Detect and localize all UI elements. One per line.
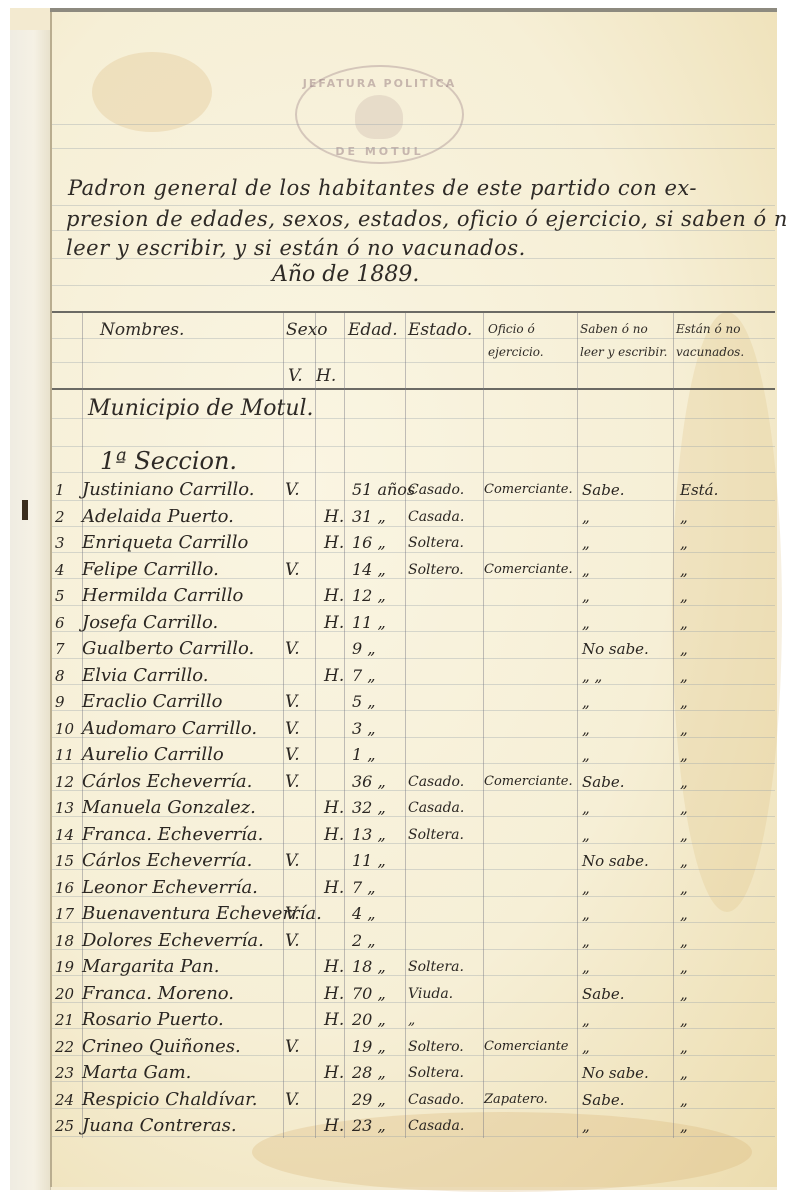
row-number: 19	[55, 954, 74, 980]
table-row: 18Dolores Echeverría.V.2 „„„	[52, 928, 775, 954]
row-number: 22	[55, 1034, 74, 1060]
table-row: 14Franca. Echeverría.H.13 „Soltera.„„	[52, 822, 775, 848]
literacy-status: „	[582, 822, 590, 848]
vaccination-status: „	[680, 901, 688, 927]
ruled-line	[52, 148, 775, 149]
occupation: Comerciante.	[484, 557, 573, 583]
vaccination-status: „	[680, 742, 688, 768]
row-number: 3	[55, 530, 65, 556]
occupation: Comerciante	[484, 1034, 569, 1060]
row-number: 5	[55, 583, 65, 609]
table-row: 6Josefa Carrillo.H.11 „„„	[52, 610, 775, 636]
literacy-status: „	[582, 610, 590, 636]
table-row: 3Enriqueta CarrilloH.16 „Soltera.„„	[52, 530, 775, 556]
age-value: 16 „	[352, 530, 386, 556]
resident-name: Elvia Carrillo.	[82, 663, 209, 689]
literacy-status: No sabe.	[582, 1060, 649, 1086]
resident-name: Franca. Echeverría.	[82, 822, 263, 848]
vaccination-status: Está.	[680, 477, 718, 503]
row-number: 20	[55, 981, 74, 1007]
resident-name: Cárlos Echeverría.	[82, 769, 252, 795]
vaccination-status: „	[680, 663, 688, 689]
vaccination-status: „	[680, 769, 688, 795]
age-value: 31 „	[352, 504, 386, 530]
row-number: 9	[55, 689, 65, 715]
header-oficio-line1: Oficio ó	[488, 322, 535, 336]
sex-varon-mark: V.	[285, 689, 300, 715]
table-row: 2Adelaida Puerto.H.31 „Casada.„„	[52, 504, 775, 530]
sex-hembra-mark: H.	[324, 530, 344, 556]
sex-hembra-mark: H.	[324, 981, 344, 1007]
row-number: 15	[55, 848, 74, 874]
row-number: 25	[55, 1113, 74, 1139]
vaccination-status: „	[680, 636, 688, 662]
sex-varon-mark: V.	[285, 769, 300, 795]
vaccination-status: „	[680, 1034, 688, 1060]
literacy-status: Sabe.	[582, 769, 624, 795]
sex-hembra-mark: H.	[324, 795, 344, 821]
paper-stain	[92, 52, 212, 132]
row-number: 1	[55, 477, 65, 503]
row-number: 8	[55, 663, 65, 689]
table-row: 16Leonor Echeverría.H.7 „„„	[52, 875, 775, 901]
header-saben-line1: Saben ó no	[580, 322, 648, 336]
literacy-status: „	[582, 504, 590, 530]
table-row: 13Manuela Gonzalez.H.32 „Casada.„„	[52, 795, 775, 821]
literacy-status: „	[582, 557, 590, 583]
resident-name: Cárlos Echeverría.	[82, 848, 252, 874]
row-number: 13	[55, 795, 74, 821]
age-value: 4 „	[352, 901, 376, 927]
sex-hembra-mark: H.	[324, 583, 344, 609]
civil-status: Soltero.	[408, 557, 464, 583]
resident-name: Dolores Echeverría.	[82, 928, 264, 954]
vaccination-status: „	[680, 928, 688, 954]
vaccination-status: „	[680, 716, 688, 742]
civil-status: Viuda.	[408, 981, 453, 1007]
age-value: 18 „	[352, 954, 386, 980]
sex-hembra-mark: H.	[324, 663, 344, 689]
table-row: 7Gualberto Carrillo.V.9 „No sabe.„	[52, 636, 775, 662]
sex-varon-mark: V.	[285, 928, 300, 954]
age-value: 29 „	[352, 1087, 386, 1113]
literacy-status: „	[582, 875, 590, 901]
stamp-top-text: JEFATURA POLITICA	[297, 77, 462, 90]
age-value: 28 „	[352, 1060, 386, 1086]
civil-status: Casada.	[408, 504, 464, 530]
occupation: Comerciante.	[484, 477, 573, 503]
literacy-status: Sabe.	[582, 981, 624, 1007]
table-row: 4Felipe Carrillo.V.14 „Soltero.Comercian…	[52, 557, 775, 583]
row-number: 10	[55, 716, 74, 742]
title-line-2: presion de edades, sexos, estados, ofici…	[66, 207, 787, 231]
header-sexo-varon: V.	[288, 366, 303, 386]
vaccination-status: „	[680, 822, 688, 848]
resident-name: Felipe Carrillo.	[82, 557, 219, 583]
mexican-eagle-emblem-icon	[355, 95, 403, 139]
resident-name: Hermilda Carrillo	[82, 583, 243, 609]
age-value: 20 „	[352, 1007, 386, 1033]
municipio-label: Municipio de Motul.	[88, 396, 314, 421]
table-row: 19Margarita Pan.H.18 „Soltera.„„	[52, 954, 775, 980]
literacy-status: „	[582, 1007, 590, 1033]
literacy-status: „	[582, 1113, 590, 1139]
civil-status: Soltera.	[408, 954, 464, 980]
civil-status: Casado.	[408, 769, 464, 795]
sex-varon-mark: V.	[285, 848, 300, 874]
table-row: 9Eraclio CarrilloV.5 „„„	[52, 689, 775, 715]
table-row: 25Juana Contreras.H.23 „Casada.„„	[52, 1113, 775, 1139]
age-value: 51 años	[352, 477, 415, 503]
resident-name: Manuela Gonzalez.	[82, 795, 256, 821]
binding-tab	[22, 500, 28, 520]
age-value: 7 „	[352, 875, 376, 901]
table-row: 17Buenaventura Echeverría.V.4 „„„	[52, 901, 775, 927]
vaccination-status: „	[680, 1007, 688, 1033]
row-number: 12	[55, 769, 74, 795]
civil-status: Soltera.	[408, 822, 464, 848]
literacy-status: „	[582, 901, 590, 927]
literacy-status: „	[582, 954, 590, 980]
table-row: 23Marta Gam.H.28 „Soltera.No sabe.„	[52, 1060, 775, 1086]
sex-varon-mark: V.	[285, 636, 300, 662]
table-row: 12Cárlos Echeverría.V.36 „Casado.Comerci…	[52, 769, 775, 795]
age-value: 3 „	[352, 716, 376, 742]
header-sexo: Sexo	[286, 320, 328, 340]
resident-name: Rosario Puerto.	[82, 1007, 224, 1033]
age-value: 70 „	[352, 981, 386, 1007]
literacy-status: Sabe.	[582, 477, 624, 503]
row-number: 17	[55, 901, 74, 927]
resident-name: Eraclio Carrillo	[82, 689, 222, 715]
sex-varon-mark: V.	[285, 716, 300, 742]
stamp-bottom-text: DE MOTUL	[297, 145, 462, 158]
table-row: 24Respicio Chaldívar.V.29 „Casado.Zapate…	[52, 1087, 775, 1113]
row-number: 21	[55, 1007, 74, 1033]
seccion-label: 1ª Seccion.	[100, 447, 237, 475]
header-edad: Edad.	[348, 320, 398, 340]
literacy-status: „	[582, 742, 590, 768]
table-row: 8Elvia Carrillo.H.7 „„ „„	[52, 663, 775, 689]
vaccination-status: „	[680, 557, 688, 583]
age-value: 13 „	[352, 822, 386, 848]
sex-hembra-mark: H.	[324, 610, 344, 636]
civil-status: „	[408, 1007, 415, 1033]
row-number: 24	[55, 1087, 74, 1113]
sex-hembra-mark: H.	[324, 822, 344, 848]
row-number: 7	[55, 636, 65, 662]
sex-hembra-mark: H.	[324, 1113, 344, 1139]
vaccination-status: „	[680, 848, 688, 874]
resident-name: Crineo Quiñones.	[82, 1034, 241, 1060]
resident-name: Margarita Pan.	[82, 954, 219, 980]
resident-name: Enriqueta Carrillo	[82, 530, 248, 556]
header-estado: Estado.	[408, 320, 472, 340]
sex-hembra-mark: H.	[324, 875, 344, 901]
vaccination-status: „	[680, 954, 688, 980]
header-vacunados-line2: vacunados.	[676, 345, 744, 359]
sex-hembra-mark: H.	[324, 1060, 344, 1086]
vaccination-status: „	[680, 689, 688, 715]
age-value: 14 „	[352, 557, 386, 583]
table-row: 15Cárlos Echeverría.V.11 „No sabe.„	[52, 848, 775, 874]
header-saben-line2: leer y escribir.	[580, 345, 668, 359]
title-year: Año de 1889.	[272, 262, 419, 287]
age-value: 7 „	[352, 663, 376, 689]
title-line-3: leer y escribir, y si están ó no vacunad…	[66, 236, 526, 260]
age-value: 11 „	[352, 848, 386, 874]
vaccination-status: „	[680, 875, 688, 901]
civil-status: Casada.	[408, 1113, 464, 1139]
vaccination-status: „	[680, 583, 688, 609]
resident-name: Justiniano Carrillo.	[82, 477, 255, 503]
table-row: 11Aurelio CarrilloV.1 „„„	[52, 742, 775, 768]
sex-varon-mark: V.	[285, 901, 300, 927]
vaccination-status: „	[680, 530, 688, 556]
sex-varon-mark: V.	[285, 1087, 300, 1113]
resident-name: Gualberto Carrillo.	[82, 636, 254, 662]
age-value: 19 „	[352, 1034, 386, 1060]
resident-name: Audomaro Carrillo.	[82, 716, 257, 742]
resident-name: Aurelio Carrillo	[82, 742, 224, 768]
civil-status: Casado.	[408, 477, 464, 503]
resident-name: Adelaida Puerto.	[82, 504, 234, 530]
sex-varon-mark: V.	[285, 1034, 300, 1060]
civil-status: Soltera.	[408, 530, 464, 556]
vaccination-status: „	[680, 504, 688, 530]
ruled-line	[52, 205, 775, 206]
literacy-status: No sabe.	[582, 636, 649, 662]
civil-status: Casada.	[408, 795, 464, 821]
sex-hembra-mark: H.	[324, 1007, 344, 1033]
table-row: 5Hermilda CarrilloH.12 „„„	[52, 583, 775, 609]
header-vacunados-line1: Están ó no	[676, 322, 740, 336]
literacy-status: „	[582, 716, 590, 742]
literacy-status: „	[582, 928, 590, 954]
literacy-status: „ „	[582, 663, 602, 689]
literacy-status: „	[582, 689, 590, 715]
civil-status: Soltero.	[408, 1034, 464, 1060]
ruled-line	[52, 124, 775, 125]
vaccination-status: „	[680, 795, 688, 821]
table-top-rule	[52, 311, 775, 313]
age-value: 23 „	[352, 1113, 386, 1139]
age-value: 36 „	[352, 769, 386, 795]
header-sexo-hembra: H.	[316, 366, 336, 386]
resident-name: Leonor Echeverría.	[82, 875, 258, 901]
header-bottom-rule	[52, 388, 775, 390]
sex-varon-mark: V.	[285, 742, 300, 768]
title-line-1: Padron general de los habitantes de este…	[68, 176, 697, 200]
age-value: 12 „	[352, 583, 386, 609]
row-number: 4	[55, 557, 65, 583]
header-nombres: Nombres.	[100, 320, 184, 340]
vaccination-status: „	[680, 1087, 688, 1113]
row-number: 2	[55, 504, 65, 530]
civil-status: Soltera.	[408, 1060, 464, 1086]
table-row: 20Franca. Moreno.H.70 „Viuda.Sabe.„	[52, 981, 775, 1007]
header-oficio-line2: ejercicio.	[488, 345, 544, 359]
sex-varon-mark: V.	[285, 477, 300, 503]
resident-name: Juana Contreras.	[82, 1113, 237, 1139]
binding-flyleaf	[10, 30, 51, 1190]
vaccination-status: „	[680, 610, 688, 636]
row-number: 16	[55, 875, 74, 901]
row-number: 23	[55, 1060, 74, 1086]
row-number: 18	[55, 928, 74, 954]
occupation: Zapatero.	[484, 1087, 548, 1113]
sex-hembra-mark: H.	[324, 504, 344, 530]
vaccination-status: „	[680, 981, 688, 1007]
resident-name: Marta Gam.	[82, 1060, 191, 1086]
table-row: 1Justiniano Carrillo.V.51 añosCasado.Com…	[52, 477, 775, 503]
official-stamp: JEFATURA POLITICA DE MOTUL	[295, 65, 464, 164]
literacy-status: „	[582, 1034, 590, 1060]
age-value: 5 „	[352, 689, 376, 715]
literacy-status: No sabe.	[582, 848, 649, 874]
table-row: 22Crineo Quiñones.V.19 „Soltero.Comercia…	[52, 1034, 775, 1060]
resident-name: Respicio Chaldívar.	[82, 1087, 258, 1113]
age-value: 1 „	[352, 742, 376, 768]
sex-varon-mark: V.	[285, 557, 300, 583]
age-value: 9 „	[352, 636, 376, 662]
row-number: 6	[55, 610, 65, 636]
vaccination-status: „	[680, 1060, 688, 1086]
sex-hembra-mark: H.	[324, 954, 344, 980]
age-value: 2 „	[352, 928, 376, 954]
resident-name: Franca. Moreno.	[82, 981, 234, 1007]
occupation: Comerciante.	[484, 769, 573, 795]
literacy-status: „	[582, 795, 590, 821]
civil-status: Casado.	[408, 1087, 464, 1113]
table-row: 21Rosario Puerto.H.20 „„„„	[52, 1007, 775, 1033]
ruled-line	[52, 362, 775, 363]
vaccination-status: „	[680, 1113, 688, 1139]
literacy-status: „	[582, 583, 590, 609]
table-row: 10Audomaro Carrillo.V.3 „„„	[52, 716, 775, 742]
age-value: 32 „	[352, 795, 386, 821]
resident-name: Josefa Carrillo.	[82, 610, 218, 636]
literacy-status: „	[582, 530, 590, 556]
literacy-status: Sabe.	[582, 1087, 624, 1113]
age-value: 11 „	[352, 610, 386, 636]
row-number: 14	[55, 822, 74, 848]
row-number: 11	[55, 742, 74, 768]
